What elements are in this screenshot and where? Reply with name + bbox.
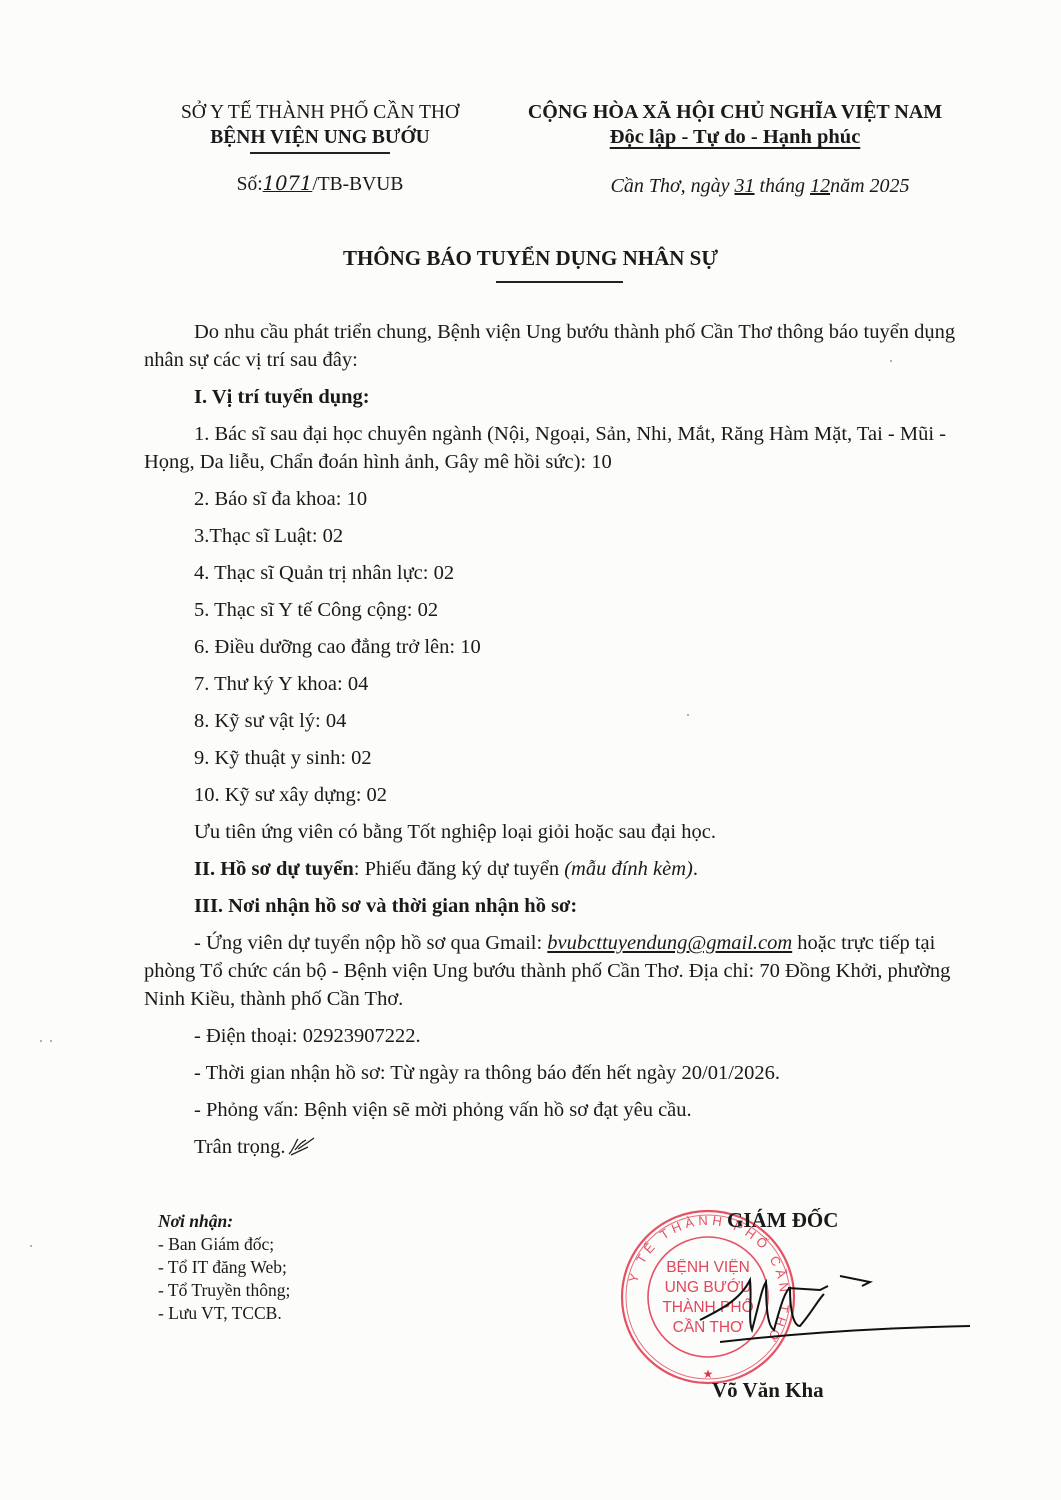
- signer-name: Võ Văn Kha: [712, 1378, 824, 1403]
- scan-speck: [50, 1040, 52, 1042]
- scan-speck: [30, 1245, 32, 1247]
- recipient-item: - Tổ Truyền thông;: [158, 1279, 290, 1302]
- recipient-item: - Lưu VT, TCCB.: [158, 1302, 290, 1325]
- scan-speck: [890, 360, 892, 362]
- position-item: 2. Báo sĩ đa khoa: 10: [144, 485, 960, 513]
- national-motto: Độc lập - Tự do - Hạnh phúc: [500, 125, 970, 150]
- hospital-name: BỆNH VIỆN UNG BƯỚU: [150, 125, 490, 150]
- issuer-underline: [250, 152, 390, 154]
- country-name: CỘNG HÒA XÃ HỘI CHỦ NGHĨA VIỆT NAM: [500, 100, 970, 125]
- issue-date: Cần Thơ, ngày 31 tháng 12năm 2025: [520, 175, 1000, 198]
- date-day: 31: [735, 175, 755, 197]
- deadline-info: - Thời gian nhận hồ sơ: Từ ngày ra thông…: [144, 1059, 960, 1087]
- position-item: 3.Thạc sĩ Luật: 02: [144, 522, 960, 550]
- parent-agency: SỞ Y TẾ THÀNH PHỐ CẦN THƠ: [150, 100, 490, 125]
- document-number-value: 1071: [263, 172, 313, 195]
- email-link[interactable]: bvubcttuyendung@gmail.com: [547, 932, 792, 954]
- date-month: 12: [810, 175, 830, 197]
- recipient-item: - Ban Giám đốc;: [158, 1233, 290, 1256]
- section-2: II. Hồ sơ dự tuyển: Phiếu đăng ký dự tuy…: [144, 855, 960, 883]
- position-item: 6. Điều dưỡng cao đẳng trở lên: 10: [144, 633, 960, 661]
- section-2-heading: II. Hồ sơ dự tuyển: [194, 858, 354, 880]
- position-item: 7. Thư ký Y khoa: 04: [144, 670, 960, 698]
- position-item: 1. Bác sĩ sau đại học chuyên ngành (Nội,…: [144, 420, 960, 476]
- interview-info: - Phỏng vấn: Bệnh viện sẽ mời phỏng vấn …: [144, 1096, 960, 1124]
- national-heading: CỘNG HÒA XÃ HỘI CHỦ NGHĨA VIỆT NAM Độc l…: [500, 100, 970, 150]
- position-item: 4. Thạc sĩ Quản trị nhân lực: 02: [144, 559, 960, 587]
- recipients-block: Nơi nhận: - Ban Giám đốc;- Tổ IT đăng We…: [158, 1210, 290, 1325]
- document-title: THÔNG BÁO TUYỂN DỤNG NHÂN SỰ: [0, 246, 1061, 271]
- document-number: Số:1071/TB-BVUB: [150, 172, 490, 196]
- priority-note: Ưu tiên ứng viên có bằng Tốt nghiệp loại…: [144, 818, 960, 846]
- section-3-heading: III. Nơi nhận hồ sơ và thời gian nhận hồ…: [144, 892, 960, 920]
- scan-speck: [40, 1040, 42, 1042]
- signature-icon: [690, 1260, 980, 1380]
- recipients-label: Nơi nhận:: [158, 1210, 290, 1233]
- phone-info: - Điện thoại: 02923907222.: [144, 1022, 960, 1050]
- closing: Trân trọng.: [144, 1133, 960, 1161]
- scan-speck: [687, 714, 689, 716]
- position-item: 8. Kỹ sư vật lý: 04: [144, 707, 960, 735]
- recipient-item: - Tổ IT đăng Web;: [158, 1256, 290, 1279]
- section-1-heading: I. Vị trí tuyển dụng:: [144, 383, 960, 411]
- title-underline: [496, 281, 623, 283]
- submission-info: - Ứng viên dự tuyển nộp hồ sơ qua Gmail:…: [144, 929, 960, 1013]
- position-list: 1. Bác sĩ sau đại học chuyên ngành (Nội,…: [144, 420, 960, 809]
- intro-paragraph: Do nhu cầu phát triển chung, Bệnh viện U…: [144, 318, 960, 374]
- issuer-block: SỞ Y TẾ THÀNH PHỐ CẦN THƠ BỆNH VIỆN UNG …: [150, 100, 490, 154]
- document-body: Do nhu cầu phát triển chung, Bệnh viện U…: [144, 318, 960, 1161]
- position-item: 9. Kỹ thuật y sinh: 02: [144, 744, 960, 772]
- initials-mark-icon: [286, 1135, 318, 1157]
- position-item: 5. Thạc sĩ Y tế Công cộng: 02: [144, 596, 960, 624]
- signer-title: GIÁM ĐỐC: [727, 1208, 838, 1233]
- position-item: 10. Kỹ sư xây dựng: 02: [144, 781, 960, 809]
